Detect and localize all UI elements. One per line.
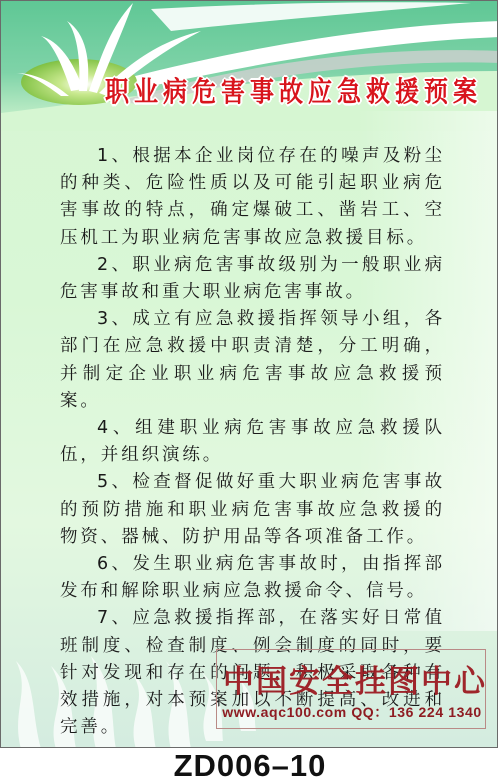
product-code: ZD006–10 xyxy=(0,748,500,783)
paragraph-5: 5、检查督促做好重大职业病危害事故的预防措施和职业病危害事故应急救援的物资、器械… xyxy=(60,469,445,551)
watermark-box: 中国安全挂图中心 www.aqc100.com QQ：136 224 1340 xyxy=(216,649,486,729)
poster: 职业病危害事故应急救援预案 1、根据本企业岗位存在的噪声及粉尘的种类、危险性质以… xyxy=(0,0,498,748)
paragraph-3: 3、成立有应急救援指挥领导小组，各部门在应急救援中职责清楚，分工明确，并制定企业… xyxy=(60,306,445,415)
watermark-name: 中国安全挂图中心 xyxy=(223,656,481,701)
paragraph-6: 6、发生职业病危害事故时，由指挥部发布和解除职业病应急救援命令、信号。 xyxy=(60,551,445,605)
paragraph-1: 1、根据本企业岗位存在的噪声及粉尘的种类、危险性质以及可能引起职业病危害事故的特… xyxy=(60,143,445,252)
poster-title: 职业病危害事故应急救援预案 xyxy=(105,69,482,109)
paragraph-4: 4、组建职业病危害事故应急救援队伍，并组织演练。 xyxy=(60,415,445,469)
watermark-contact: www.aqc100.com QQ：136 224 1340 xyxy=(217,702,487,722)
paragraph-2: 2、职业病危害事故级别为一般职业病危害事故和重大职业病危害事故。 xyxy=(60,252,445,306)
